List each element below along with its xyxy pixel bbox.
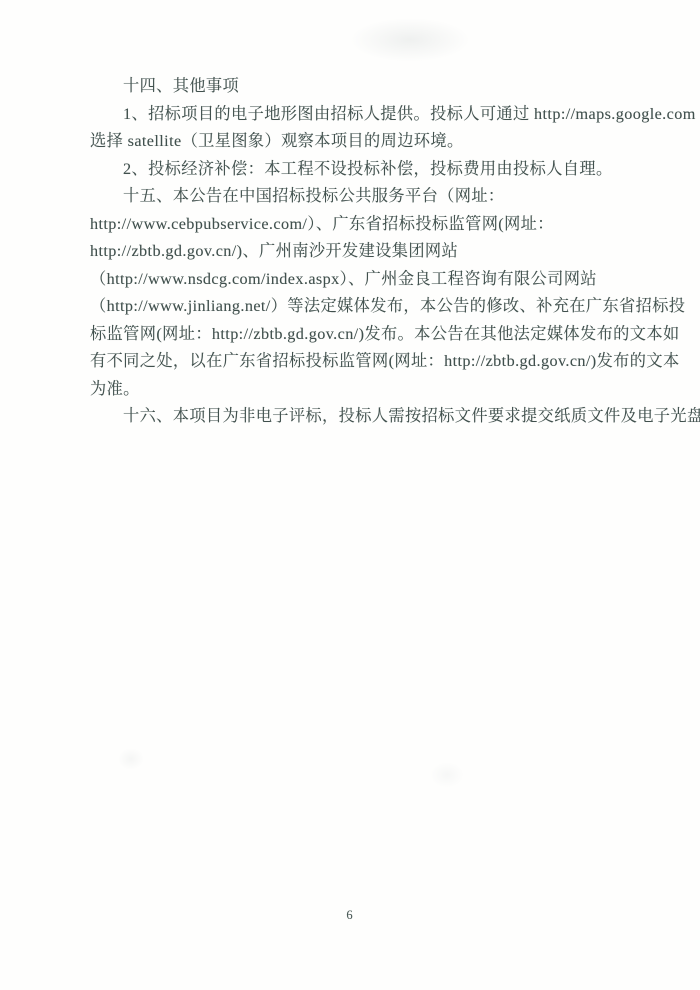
announcement-body: 十四、其他事项 1、招标项目的电子地形图由招标人提供。投标人可通过 http:/… bbox=[90, 73, 638, 431]
page-number: 6 bbox=[0, 908, 700, 923]
url-text-line: （http://www.jinliang.net/）等法定媒体发布，本公告的修改… bbox=[90, 293, 638, 321]
document-page: 十四、其他事项 1、招标项目的电子地形图由招标人提供。投标人可通过 http:/… bbox=[0, 0, 700, 990]
paragraph-line: 选择 satellite（卫星图象）观察本项目的周边环境。 bbox=[90, 128, 638, 156]
paragraph-line: 1、招标项目的电子地形图由招标人提供。投标人可通过 http://maps.go… bbox=[90, 101, 638, 129]
paragraph-line: 为准。 bbox=[90, 376, 638, 404]
url-text-line: http://zbtb.gd.gov.cn/)、广州南沙开发建设集团网站 bbox=[90, 238, 638, 266]
paragraph-line: 2、投标经济补偿：本工程不设投标补偿，投标费用由投标人自理。 bbox=[90, 156, 638, 184]
url-text-line: （http://www.nsdcg.com/index.aspx）、广州金良工程… bbox=[90, 266, 638, 294]
url-text-line: http://www.cebpubservice.com/）、广东省招标投标监管… bbox=[90, 211, 638, 239]
scan-smudge bbox=[350, 18, 470, 62]
section-heading-line: 十六、本项目为非电子评标，投标人需按招标文件要求提交纸质文件及电子光盘。 bbox=[90, 403, 638, 431]
paragraph-line: 有不同之处，以在广东省招标投标监管网(网址：http://zbtb.gd.gov… bbox=[90, 348, 638, 376]
scan-smudge bbox=[118, 748, 144, 770]
section-heading-line: 十五、本公告在中国招标投标公共服务平台（网址： bbox=[90, 183, 638, 211]
section-heading-line: 十四、其他事项 bbox=[90, 73, 638, 101]
scan-smudge bbox=[430, 762, 464, 788]
paragraph-line: 标监管网(网址：http://zbtb.gd.gov.cn/)发布。本公告在其他… bbox=[90, 321, 638, 349]
